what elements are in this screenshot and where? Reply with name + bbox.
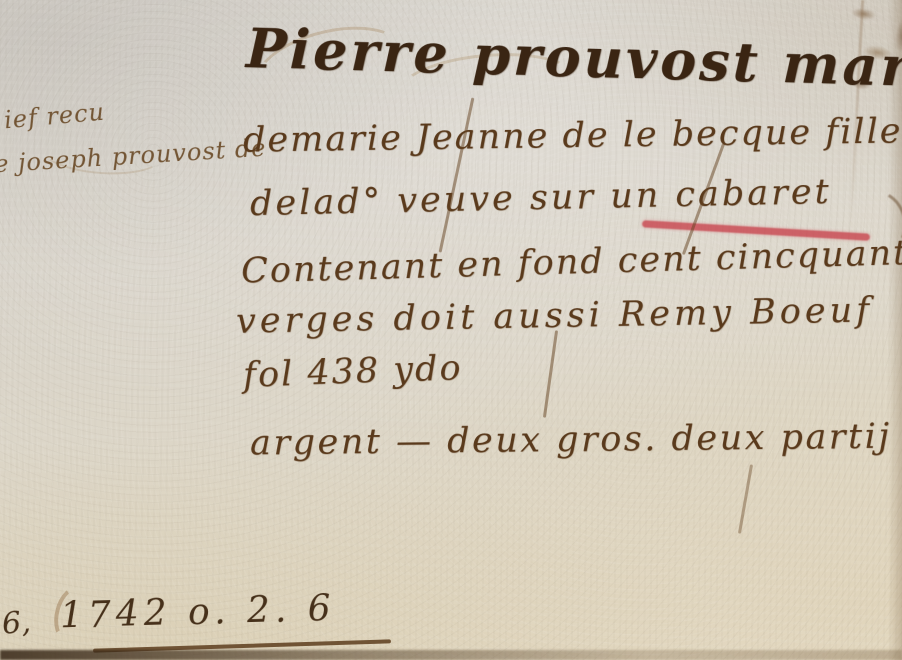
margin-note-line-1: ief recu — [3, 98, 106, 135]
pen-descender-stroke — [738, 464, 753, 533]
money-line: argent — deux gros. deux partij — [250, 417, 892, 464]
page-right-edge-shadow — [888, 0, 902, 660]
folio-reference-line: fol 438 ydo — [242, 348, 463, 396]
bottom-amount-entry: 1742 o. 2. 6 — [59, 588, 336, 637]
entry-heading: Pierre prouvost marij — [245, 16, 902, 100]
margin-note-line-2: e joseph prouvost de — [0, 134, 267, 179]
body-line-3: Contenant en fond cent cincquante — [241, 232, 902, 291]
photo-bottom-edge-shadow — [0, 650, 902, 660]
manuscript-photo: Pierre prouvost marij ief recu e joseph … — [0, 0, 902, 660]
pen-descender-stroke — [543, 330, 558, 417]
body-line-1: demarie Jeanne de le becque fille — [243, 111, 902, 160]
bottom-left-figure: 6, — [1, 605, 33, 642]
body-line-2: delad° veuve sur un cabaret — [250, 172, 832, 224]
